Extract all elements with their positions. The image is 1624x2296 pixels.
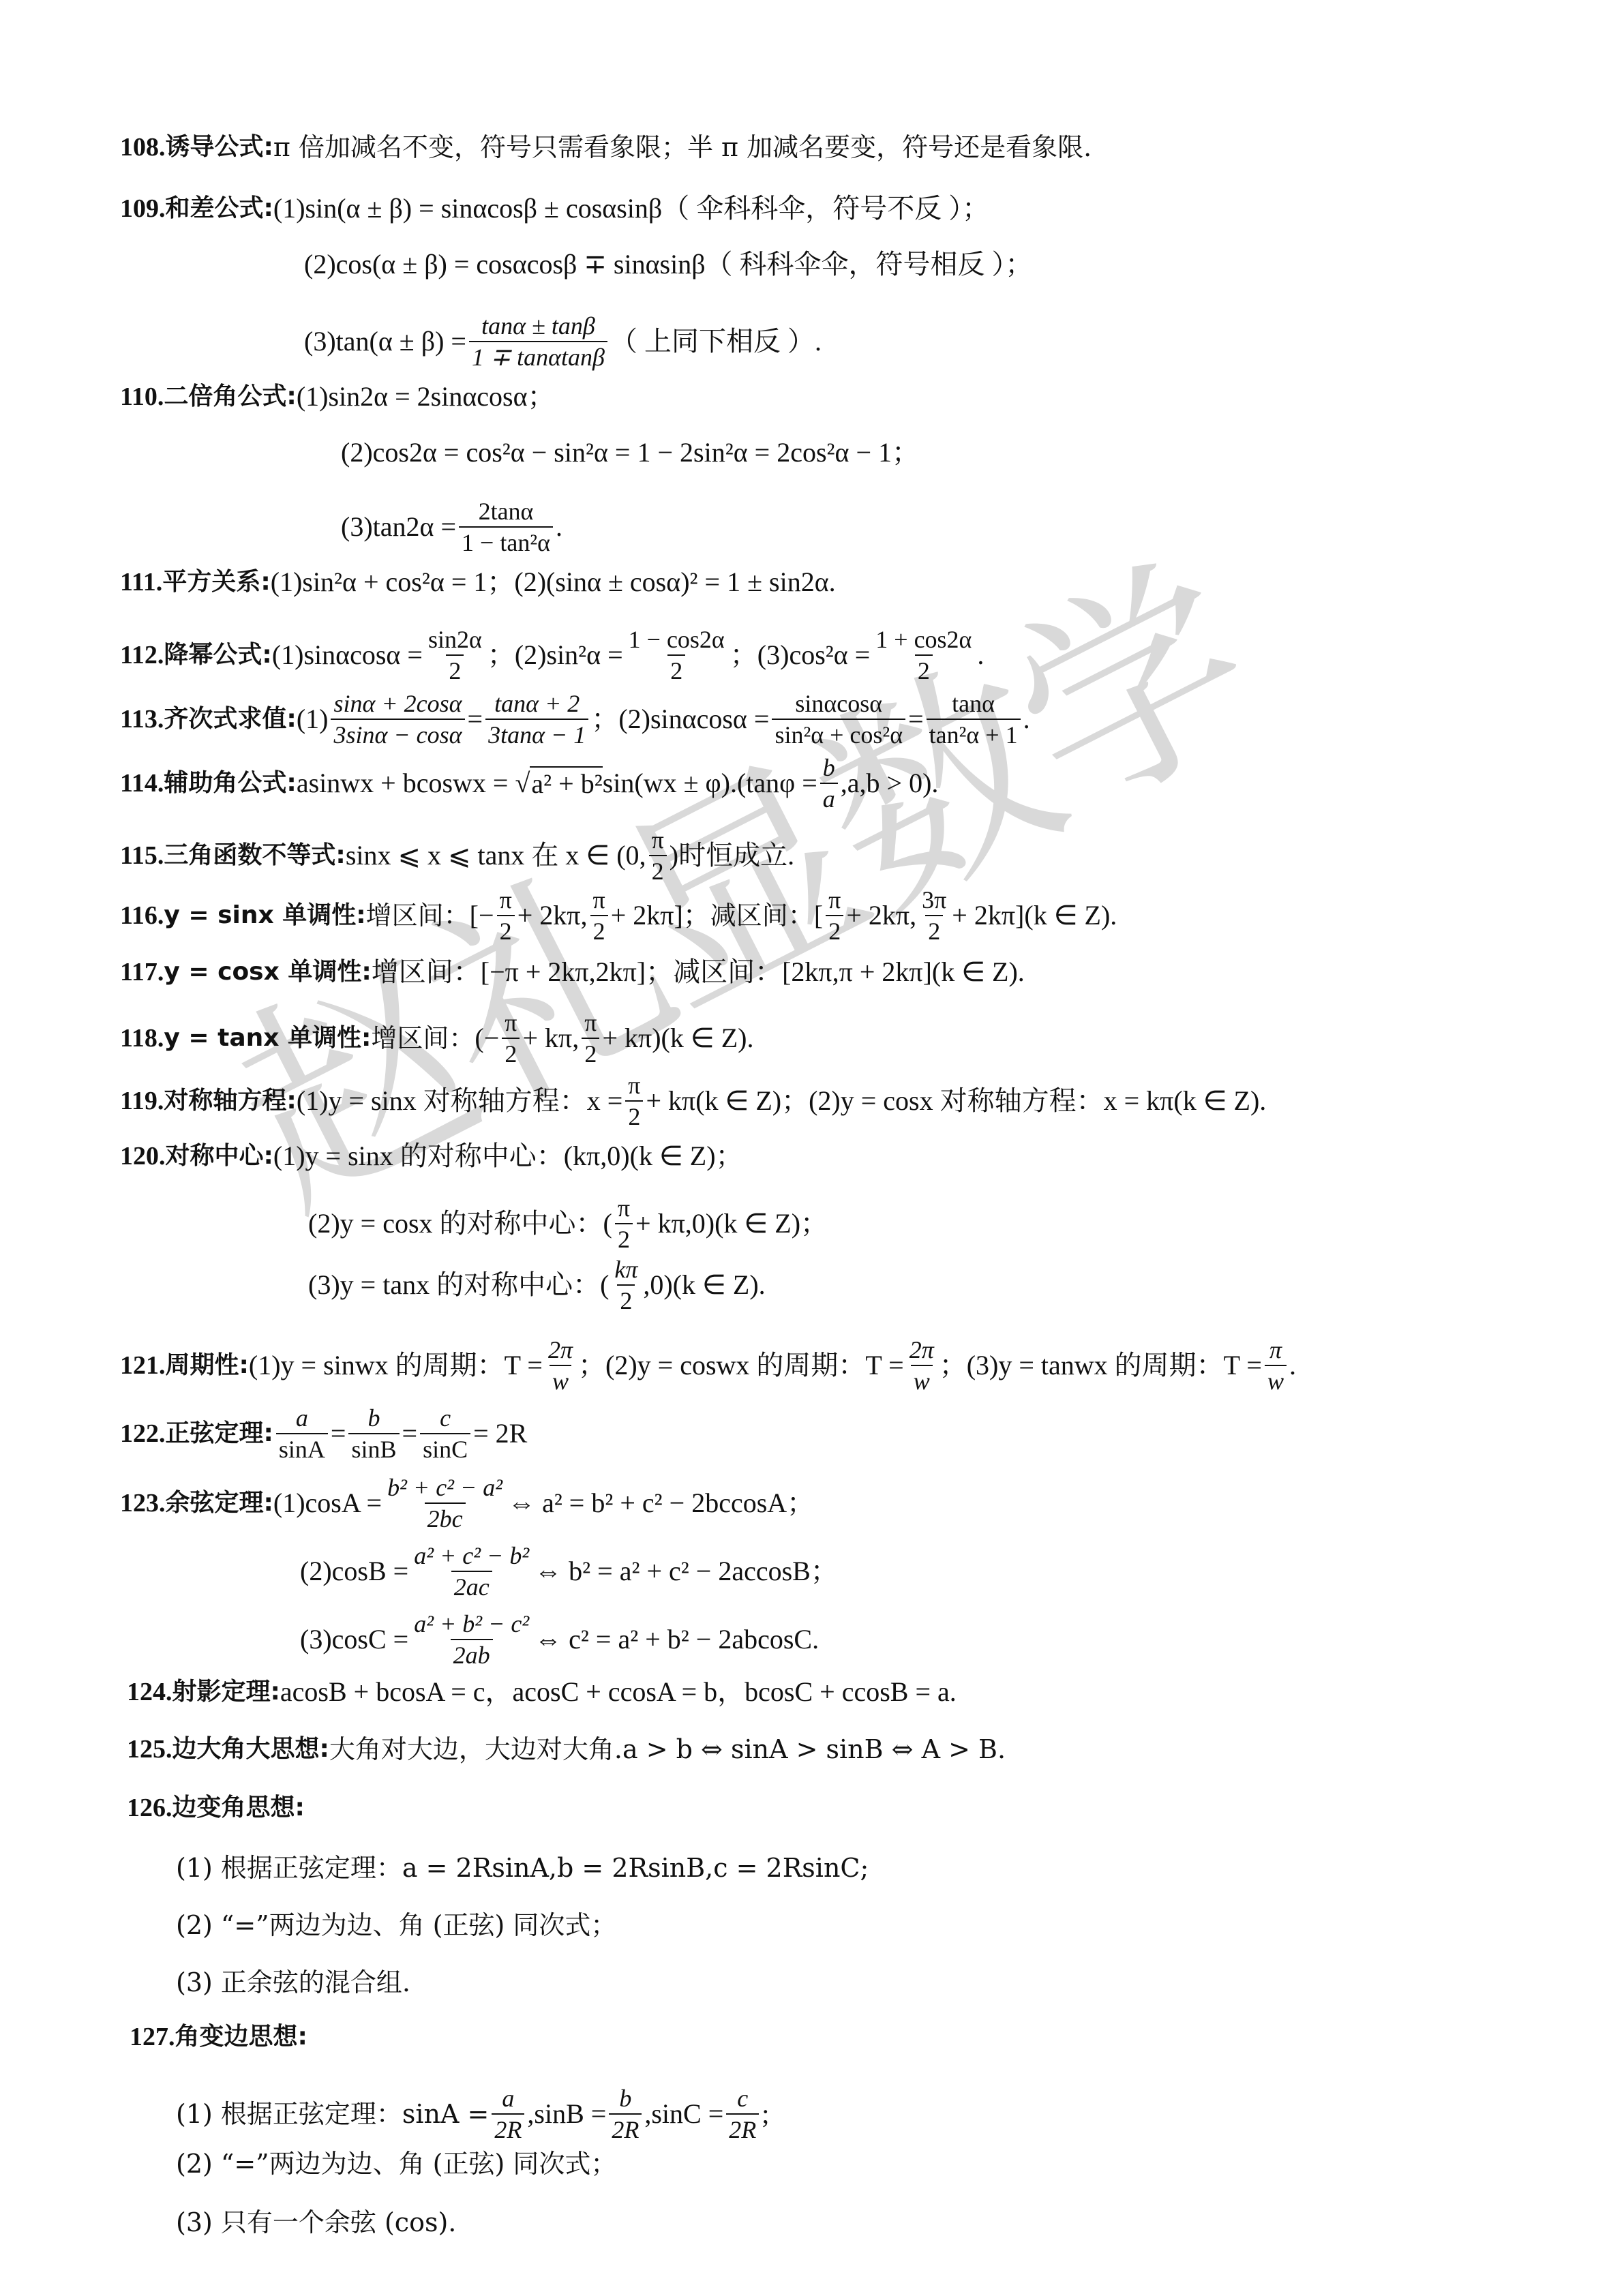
formula: (1)sin2α = 2sinαcosα； [297,380,555,413]
item-114: 114. 辅助角公式: asinwx + bcoswx = √ a² + b² … [120,754,938,813]
sub-item: (3) 只有一个余弦 (cos). [176,2206,456,2239]
formula-post: . [556,511,562,543]
item-text: 大角对大边，大边对大角.a > b ⇔ sinA > sinB ⇔ A > B. [329,1733,1006,1766]
formula-post: （ 上同下相反 ）. [610,325,822,358]
item-title: 降幂公式: [164,639,271,671]
denominator: 2bc [425,1502,466,1532]
fraction: kπ2 [612,1256,640,1314]
item-number: 117. [120,956,164,988]
formula-pre: (1) [297,703,329,736]
item-title: 三角函数不等式: [164,839,345,872]
item-number: 118. [120,1022,164,1055]
fraction: π2 [590,886,608,945]
item-111: 111. 平方关系: (1)sin²α + cos²α = 1；(2)(sinα… [120,566,836,599]
formula: (2)cos2α = cos²α − sin²α = 1 − 2sin²α = … [341,436,919,469]
formula-pre: (1)sinαcosα = [272,639,423,671]
numerator: b [616,2085,634,2113]
denominator: 2 [446,654,464,684]
item-number: 121. [120,1349,166,1382]
item-number: 119. [120,1085,164,1117]
numerator: tanα + 2 [492,690,582,719]
item-127: 127. 角变边思想: [130,2021,307,2053]
denominator: 2 [582,1038,599,1068]
denominator: sin²α + cos²α [772,719,905,749]
numerator: π [615,1194,633,1223]
numerator: kπ [612,1256,640,1284]
formula-fraction: (3)y = tanx 的对称中心：( kπ2 ,0)(k ∈ Z). [308,1256,766,1314]
item-title: 齐次式求值: [164,703,296,736]
item-109: 109. 和差公式: (1)sin(α ± β) = sinαcosβ ± co… [120,192,989,225]
formula-post: ; [762,2098,769,2130]
fraction: tanα ± tanβ1 ∓ tanαtanβ [469,312,607,371]
fraction: π2 [582,1009,599,1068]
item-title: 射影定理: [172,1676,280,1708]
item-113: 113. 齐次式求值: (1) sinα + 2cosα3sinα − cosα… [120,690,1030,749]
item-number: 120. [120,1140,166,1173]
formula-pre: asinwx + bcoswx = √ [297,767,530,800]
formula: (2)cos(α ± β) = cosαcosβ ∓ sinαsinβ（ 科科伞… [304,248,1033,281]
item-title: 二倍角公式: [164,380,296,413]
fraction: bsinB [348,1404,399,1463]
item-number: 113. [120,703,164,736]
fraction: π2 [615,1194,633,1253]
item-title: 和差公式: [166,192,273,225]
formula-post: = [468,703,483,736]
formula-mid: ；(2)y = coswx 的周期：T = [578,1349,904,1382]
formula-pre: (1)y = sinx 对称轴方程：x = [297,1085,622,1117]
formula-mid: ；(3)y = tanwx 的周期：T = [939,1349,1262,1382]
formula-post: ⇔ a² = b² + c² − 2bccosA； [508,1487,814,1520]
formula-pre: (2)cosB = [300,1555,408,1588]
item-title: y = sinx 单调性: [164,899,365,932]
formula: 增区间：[−π + 2kπ,2kπ]；减区间：[2kπ,π + 2kπ](k ∈… [372,956,1025,988]
sqrt-radicand: a² + b² [530,766,602,800]
formula-pre: (1)y = sinwx 的周期：T = [249,1349,543,1382]
item-number: 109. [120,192,166,225]
denominator: 3tanα − 1 [485,719,588,749]
formula-fraction: (2)y = cosx 的对称中心：( π2 + kπ,0)(k ∈ Z)； [308,1194,828,1253]
domain-note: (k ∈ Z). [1024,899,1117,932]
fraction: c2R [726,2085,759,2143]
fraction: πw [1265,1336,1287,1395]
term: + 2kπ, [846,899,916,932]
item-title: 角变边思想: [175,2021,307,2053]
item-126: 126. 边变角思想: [127,1792,305,1824]
denominator: a [820,783,838,813]
term: + kπ [602,1022,652,1055]
denominator: 2R [726,2113,759,2143]
denominator: sinB [348,1433,399,1463]
item-number: 111. [120,566,162,599]
term: + 2kπ [952,899,1015,932]
term: + kπ, [522,1022,579,1055]
denominator: w [550,1365,571,1395]
formula-pre: (3)tan(α ± β) = [304,325,466,358]
item-119: 119. 对称轴方程: (1)y = sinx 对称轴方程：x = π2 + k… [120,1072,1266,1130]
item-title: 余弦定理: [166,1487,273,1520]
item-117: 117. y = cosx 单调性: 增区间：[−π + 2kπ,2kπ]；减区… [120,956,1025,988]
fraction: tanα + 23tanα − 1 [485,690,588,749]
formula-pre: sinx ⩽ x ⩽ tanx 在 x ∈ (0, [346,839,646,872]
formula-post: ； [730,639,757,671]
fraction: b² + c² − a²2bc [385,1474,505,1532]
denominator: sinA [276,1433,328,1463]
increasing-label: 增区间： [366,899,470,932]
numerator: c [734,2085,751,2113]
item-title: 平方关系: [162,566,270,599]
numerator: sinαcosα [792,690,885,719]
denominator: 2 [625,1100,643,1130]
numerator: tanα [949,690,997,719]
formula-post: + kπ,0)(k ∈ Z)； [635,1207,828,1240]
item-title: 对称轴方程: [164,1085,296,1117]
formula-post: = [908,703,924,736]
formula-post: )时恒成立. [670,839,794,872]
formula-mid: ,sinB = [527,2098,606,2130]
numerator: tanα ± tanβ [479,312,598,341]
fraction: csinC [420,1404,470,1463]
item-number: 108. [120,131,166,164]
formula-post: = 2R [473,1417,527,1450]
sub-item: (1) 根据正弦定理：a = 2RsinA,b = 2RsinB,c = 2Rs… [176,1852,869,1884]
fraction: 2tanα1 − tan²α [459,498,553,556]
formula-pre: (2)sin²α = [515,639,623,671]
item-title: y = cosx 单调性: [164,956,371,988]
denominator: 2 [617,1284,635,1314]
numerator: π [826,886,843,915]
denominator: 2 [667,654,685,684]
sub-item: (1) 根据正弦定理：sinA = a2R ,sinB = b2R ,sinC … [176,2085,769,2143]
item-122: 122. 正弦定理: asinA = bsinB = csinC = 2R [120,1404,527,1463]
sub-item: (3) 正余弦的混合组. [176,1966,410,1999]
term: + 2kπ, [517,899,588,932]
formula-pre: (2)sinαcosα = [618,703,769,736]
numerator: b [820,754,838,783]
item-title: 诱导公式: [166,131,273,164]
item-115: 115. 三角函数不等式: sinx ⩽ x ⩽ tanx 在 x ∈ (0, … [120,826,794,885]
item-125: 125. 边大角大思想: 大角对大边，大边对大角.a > b ⇔ sinA > … [127,1733,1006,1766]
numerator: π [502,1009,520,1038]
numerator: sinα + 2cosα [331,690,464,719]
formula-post: ⇔ c² = a² + b² − 2abcosC. [535,1623,819,1656]
denominator: sinC [420,1433,470,1463]
fraction: 3π2 [919,886,949,945]
fraction: b2R [609,2085,642,2143]
numerator: sin2α [425,626,485,654]
decreasing-label: 减区间： [710,899,814,932]
item-number: 112. [120,639,164,671]
fraction: sinαcosαsin²α + cos²α [772,690,905,749]
item-title: 边大角大思想: [172,1733,329,1766]
fraction: π2 [826,886,843,945]
item-number: 116. [120,899,164,932]
item-title: 辅助角公式: [164,767,296,800]
item-number: 122. [120,1417,166,1450]
sub-item: (2) “=”两边为边、角 (正弦) 同次式； [176,1909,616,1942]
item-112: 112. 降幂公式: (1)sinαcosα = sin2α2 ； (2)sin… [120,626,984,684]
denominator: 2 [915,654,933,684]
formula: (1)sin²α + cos²α = 1；(2)(sinα ± cosα)² =… [271,566,836,599]
formula-post: ； [591,703,618,736]
denominator: w [911,1365,933,1395]
denominator: 2 [502,1038,520,1068]
item-124: 124. 射影定理: acosB + bcosA = c，acosC + cco… [127,1676,957,1708]
denominator: tan²α + 1 [927,719,1021,749]
fraction: 1 − cos2α2 [626,626,727,684]
fraction: asinA [276,1404,328,1463]
formula-pre: (1)cosA = [273,1487,382,1520]
item-number: 125. [127,1733,172,1766]
fraction: π2 [497,886,515,945]
formula-post: ⇔ b² = a² + c² − 2accosB； [535,1555,838,1588]
numerator: a [293,1404,311,1433]
denominator: 1 − tan²α [459,526,553,556]
formula-post: ； [487,639,515,671]
formula-mid: ,sinC = [644,2098,723,2130]
numerator: 1 + cos2α [873,626,974,654]
item-title: 对称中心: [166,1140,273,1173]
numerator: 3π [919,886,949,915]
item-number: 124. [127,1676,172,1708]
denominator: 2 [925,915,943,945]
fraction: a² + b² − c²2ab [411,1610,532,1669]
denominator: w [1265,1365,1287,1395]
item-title: y = tanx 单调性: [164,1022,371,1055]
item-title: 周期性: [166,1349,249,1382]
numerator: a² + b² − c² [411,1610,532,1639]
numerator: 2π [907,1336,937,1365]
numerator: b [365,1404,383,1433]
numerator: 2tanα [476,498,537,526]
fraction: a2R [492,2085,524,2143]
fraction: sin2α2 [425,626,485,684]
numerator: b² + c² − a² [385,1474,505,1502]
formula-post: + kπ(k ∈ Z)；(2)y = cosx 对称轴方程：x = kπ(k ∈… [646,1085,1266,1117]
numerator: a² + c² − b² [411,1542,532,1571]
formula-pre: (3)tan2α = [341,511,456,543]
formula-post: ,a,b > 0). [841,767,939,800]
increasing-label: 增区间： [371,1022,475,1055]
numerator: a [499,2085,517,2113]
formula-fraction: (3)tan(α ± β) = tanα ± tanβ1 ∓ tanαtanβ … [304,312,822,371]
term: + 2kπ [611,899,674,932]
fraction: 2πw [907,1336,937,1395]
denominator: 2R [609,2113,642,2143]
formula-fraction: (2)cosB = a² + c² − b²2ac ⇔ b² = a² + c²… [300,1542,838,1601]
formula-pre: (3)cos²α = [757,639,870,671]
item-120: 120. 对称中心: (1)y = sinx 的对称中心：(kπ,0)(k ∈ … [120,1140,743,1173]
formula-fraction: (3)tan2α = 2tanα1 − tan²α . [341,498,562,556]
formula-pre: (1) 根据正弦定理：sinA = [176,2098,489,2130]
numerator: π [582,1009,599,1038]
numerator: 1 − cos2α [626,626,727,654]
denominator: 2 [615,1223,633,1253]
item-110: 110. 二倍角公式: (1)sin2α = 2sinαcosα； [120,380,555,413]
formula-pre: (3)cosC = [300,1623,408,1656]
denominator: 3sinα − cosα [331,719,464,749]
formula-post: . [1023,703,1030,736]
formula-post: . [977,639,984,671]
item-text: π 倍加减名不变，符号只需看象限；半 π 加减名要变，符号还是看象限. [273,131,1092,164]
formula: acosB + bcosA = c，acosC + ccosA = b，bcos… [280,1676,957,1708]
denominator: 2 [826,915,843,945]
item-number: 110. [120,380,164,413]
numerator: π [649,826,667,855]
numerator: π [625,1072,643,1100]
item-title: 边变角思想: [172,1792,305,1824]
numerator: 2π [545,1336,575,1365]
item-121: 121. 周期性: (1)y = sinwx 的周期：T = 2πw ；(2)y… [120,1336,1296,1395]
fraction: 1 + cos2α2 [873,626,974,684]
item-123: 123. 余弦定理: (1)cosA = b² + c² − a²2bc ⇔ a… [120,1474,814,1532]
fraction: π2 [502,1009,520,1068]
denominator: 2R [492,2113,524,2143]
item-number: 123. [120,1487,166,1520]
fraction: π2 [649,826,667,885]
formula: (1)y = sinx 的对称中心：(kπ,0)(k ∈ Z)； [273,1140,743,1173]
denominator: 2 [649,855,667,885]
formula-post: ,0)(k ∈ Z). [643,1269,765,1301]
formula: (1)sin(α ± β) = sinαcosβ ± cosαsinβ（ 伞科科… [273,192,989,225]
fraction: 2πw [545,1336,575,1395]
numerator: π [590,886,608,915]
formula-mid: sin(wx ± φ).(tanφ = [603,767,817,800]
denominator: 2ab [451,1639,493,1669]
fraction: tanαtan²α + 1 [927,690,1021,749]
formula-fraction: (3)cosC = a² + b² − c²2ab ⇔ c² = a² + b²… [300,1610,819,1669]
item-116: 116. y = sinx 单调性: 增区间： [− π2 + 2kπ, π2 … [120,886,1117,945]
fraction: π2 [625,1072,643,1130]
numerator: c [437,1404,453,1433]
item-number: 115. [120,839,164,872]
numerator: π [497,886,515,915]
formula-pre: (2)y = cosx 的对称中心：( [308,1207,612,1240]
item-number: 114. [120,767,164,800]
denominator: 1 ∓ tanαtanβ [469,341,607,371]
item-118: 118. y = tanx 单调性: 增区间： (− π2 + kπ, π2 +… [120,1009,753,1068]
item-title: 正弦定理: [166,1417,273,1450]
domain-note: (k ∈ Z). [661,1022,754,1055]
item-number: 126. [127,1792,172,1824]
fraction: ba [820,754,838,813]
denominator: 2ac [451,1571,492,1601]
formula-post: . [1289,1349,1296,1382]
sub-item: (2) “=”两边为边、角 (正弦) 同次式； [176,2147,616,2180]
item-number: 127. [130,2021,175,2053]
numerator: π [1267,1336,1284,1365]
item-108: 108. 诱导公式: π 倍加减名不变，符号只需看象限；半 π 加减名要变，符号… [120,131,1092,164]
fraction: sinα + 2cosα3sinα − cosα [331,690,464,749]
denominator: 2 [497,915,515,945]
formula-pre: (3)y = tanx 的对称中心：( [308,1269,609,1301]
fraction: a² + c² − b²2ac [411,1542,532,1601]
denominator: 2 [590,915,608,945]
